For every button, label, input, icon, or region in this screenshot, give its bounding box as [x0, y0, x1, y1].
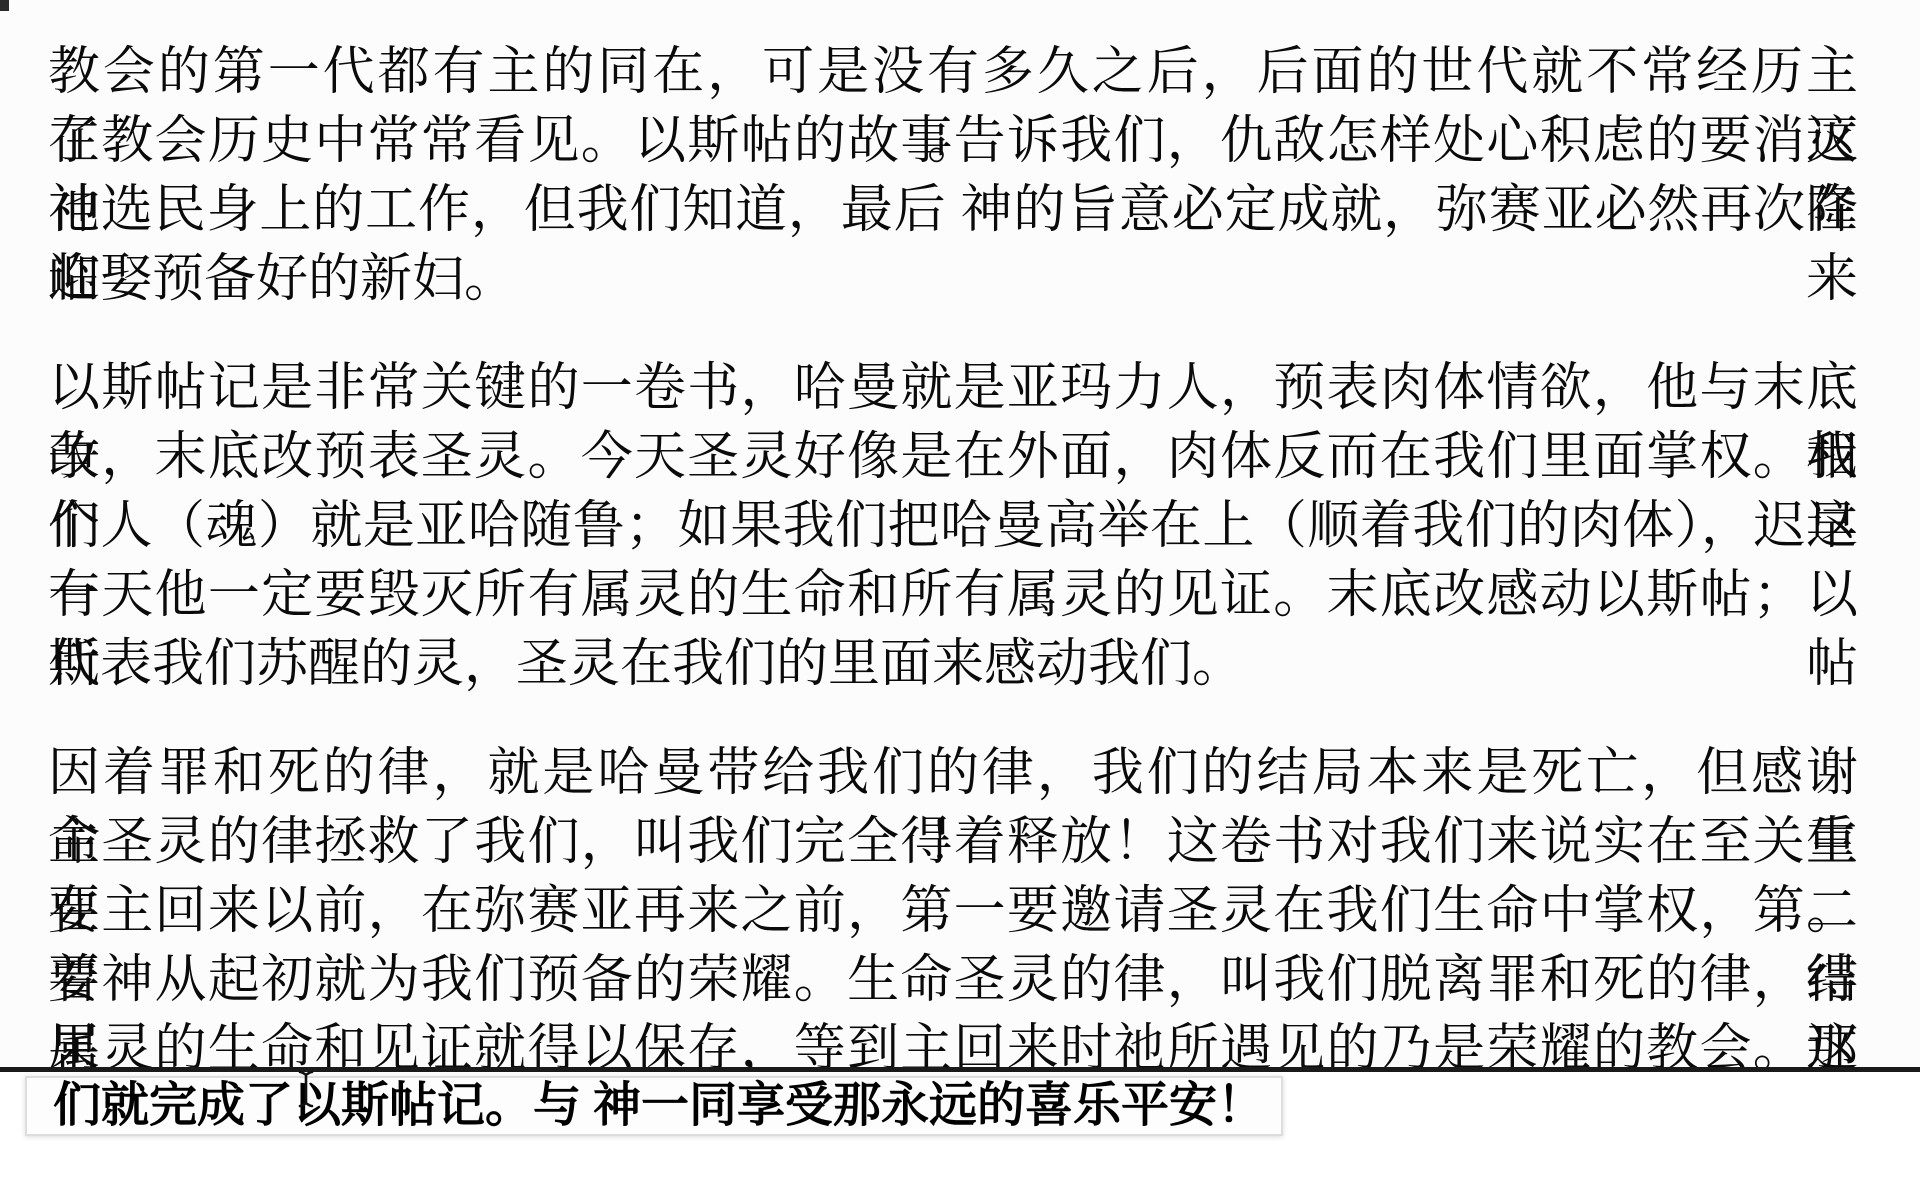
text-line: 一天他一定要毁灭所有属灵的生命和所有属灵的见证。末底改感动以斯帖；以斯帖 — [48, 561, 1858, 630]
text-line: 以斯帖记是非常关键的一卷书，哈曼就是亚玛力人，预表肉体情欲，他与末底改相 — [48, 354, 1858, 423]
document-page: 教会的第一代都有主的同在，可是没有多久之后，后面的世代就不常经历主了。这 在教会… — [0, 0, 1920, 1186]
text-line: 命圣灵的律拯救了我们，叫我们完全得着释放！这卷书对我们来说实在至关重要。 — [48, 808, 1858, 877]
text-line: 祂选民身上的工作，但我们知道，最后 神的旨意必定成就，弥赛亚必然再次降临来 — [48, 176, 1858, 245]
paragraph-3: 因着罪和死的律，就是哈曼带给我们的律，我们的结局本来是死亡，但感谢主！生 命圣灵… — [48, 739, 1858, 1084]
caption-text: 们就完成了以斯帖记。与 神一同享受那永远的喜乐平安！ — [53, 1078, 1265, 1134]
caption-box[interactable]: 们就完成了以斯帖记。与 神一同享受那永远的喜乐平安！ — [25, 1076, 1283, 1136]
paragraph-2: 以斯帖记是非常关键的一卷书，哈曼就是亚玛力人，预表肉体情欲，他与末底改相 争，末… — [48, 354, 1858, 699]
separator-rule — [0, 1067, 1920, 1072]
text-line: 在主回来以前，在弥赛亚再来之前，第一要邀请圣灵在我们生命中掌权，第二要得 — [48, 877, 1858, 946]
text-line: 个人（魂）就是亚哈随鲁；如果我们把哈曼高举在上（顺着我们的肉体），迟早有 — [48, 492, 1858, 561]
document-text-area[interactable]: 教会的第一代都有主的同在，可是没有多久之后，后面的世代就不常经历主了。这 在教会… — [0, 0, 1920, 1084]
text-line: 争，末底改预表圣灵。今天圣灵好像是在外面，肉体反而在我们里面掌权。我们这 — [48, 423, 1858, 492]
paragraph-1: 教会的第一代都有主的同在，可是没有多久之后，后面的世代就不常经历主了。这 在教会… — [48, 38, 1858, 314]
text-line: 着神从起初就为我们预备的荣耀。生命圣灵的律，叫我们脱离罪和死的律，结果那 — [48, 946, 1858, 1015]
text-cursor-icon — [296, 1070, 316, 1108]
bottom-overlay-bar: 们就完成了以斯帖记。与 神一同享受那永远的喜乐平安！ — [0, 1067, 1920, 1186]
text-line: 在教会历史中常常看见。以斯帖的故事告诉我们，仇敌怎样处心积虑的要消灭 神在 — [48, 107, 1858, 176]
text-line: 因着罪和死的律，就是哈曼带给我们的律，我们的结局本来是死亡，但感谢主！生 — [48, 739, 1858, 808]
text-line: 教会的第一代都有主的同在，可是没有多久之后，后面的世代就不常经历主了。这 — [48, 38, 1858, 107]
